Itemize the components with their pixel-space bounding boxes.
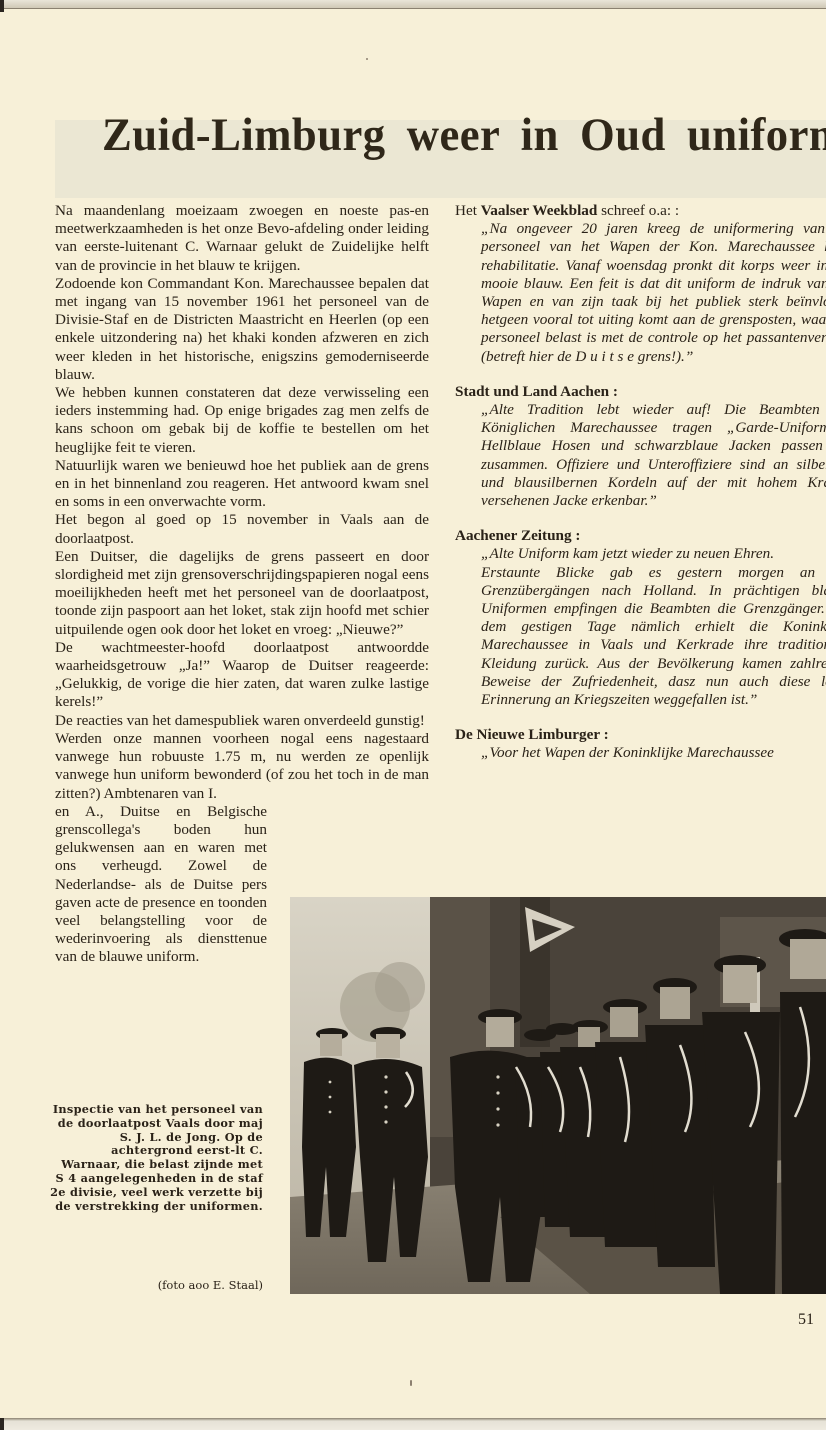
paragraph: Zodoende kon Commandant Kon. Marechausse… bbox=[55, 275, 429, 384]
press-quote: „Alte Uniform kam jetzt wieder zu neuen … bbox=[481, 545, 826, 563]
paragraph: Na maandenlang moeizaam zwoegen en noest… bbox=[55, 202, 429, 275]
page-bottom-edge bbox=[0, 1418, 826, 1430]
intro-suffix: schreef o.a: : bbox=[597, 202, 679, 219]
photo-caption: Inspectie van het personeel van de doorl… bbox=[50, 1103, 263, 1213]
press-quote: „Na ongeveer 20 jaren kreeg de uniformer… bbox=[481, 220, 826, 366]
paragraph: De wachtmeester-hoofd doorlaatpost antwo… bbox=[55, 639, 429, 712]
photo-credit: (foto aoo E. Staal) bbox=[50, 1278, 263, 1292]
paragraph: Een Duitser, die dagelijks de grens pass… bbox=[55, 548, 429, 639]
inspection-photo bbox=[290, 897, 826, 1294]
source-name: De Nieuwe Limburger : bbox=[455, 726, 609, 743]
press-quote: „Alte Tradition lebt wieder auf! Die Bea… bbox=[481, 401, 826, 510]
source-heading: De Nieuwe Limburger : bbox=[455, 726, 826, 744]
source-heading: Aachener Zeitung : bbox=[455, 527, 826, 545]
article-title: Zuid-Limburg weer in Oud uniform bbox=[102, 108, 790, 162]
press-quote: Erstaunte Blicke gab es gestern morgen a… bbox=[481, 564, 826, 710]
intro-prefix: Het bbox=[455, 202, 481, 219]
paper-speck bbox=[366, 58, 368, 60]
paragraph: Natuurlijk waren we benieuwd hoe het pub… bbox=[55, 457, 429, 512]
right-column: Het Vaalser Weekblad schreef o.a: : „Na … bbox=[455, 202, 826, 763]
press-quote: „Voor het Wapen der Koninklijke Marechau… bbox=[481, 744, 826, 762]
press-intro: Het Vaalser Weekblad schreef o.a: : bbox=[455, 202, 826, 220]
photo-illustration-icon bbox=[290, 897, 826, 1294]
page-number: 51 bbox=[798, 1311, 814, 1329]
source-heading: Stadt und Land Aachen : bbox=[455, 383, 826, 401]
paragraph: De reacties van het damespubliek waren o… bbox=[55, 712, 429, 730]
narrow-paragraph: en A., Duitse en Belgische grenscollega'… bbox=[55, 803, 267, 967]
page-top-edge bbox=[0, 0, 826, 9]
paragraph: Werden onze mannen voorheen nogal eens n… bbox=[55, 730, 429, 803]
left-column: Na maandenlang moeizaam zwoegen en noest… bbox=[55, 202, 429, 967]
paragraph: Het begon al goed op 15 november in Vaal… bbox=[55, 511, 429, 547]
source-name: Aachener Zeitung : bbox=[455, 527, 580, 544]
paragraph: We hebben kunnen constateren dat deze ve… bbox=[55, 384, 429, 457]
paper-speck bbox=[410, 1380, 412, 1386]
source-name: Vaalser Weekblad bbox=[481, 202, 598, 219]
source-name: Stadt und Land Aachen : bbox=[455, 383, 618, 400]
